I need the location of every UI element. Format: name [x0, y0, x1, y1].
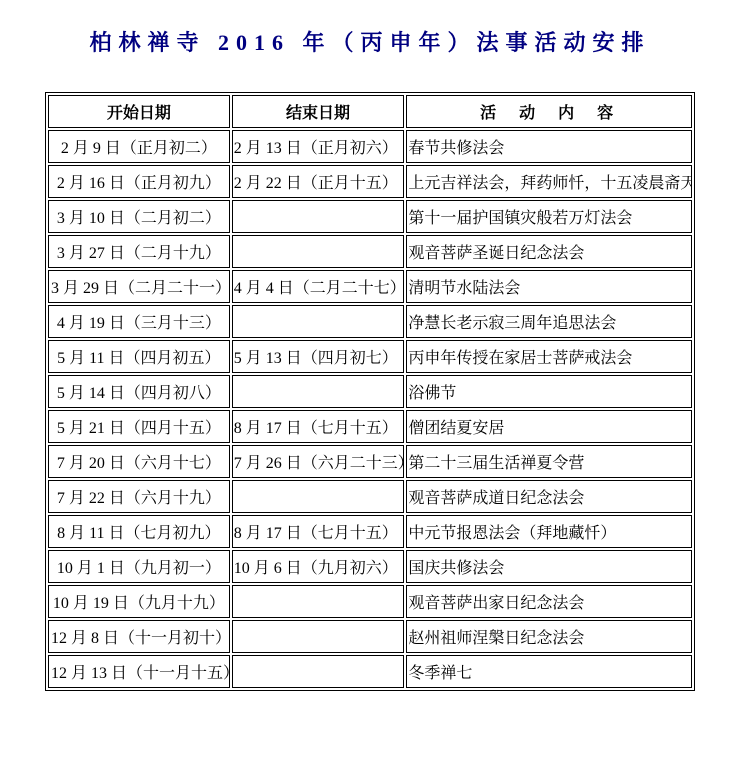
activity-cell: 观音菩萨成道日纪念法会 [406, 480, 692, 513]
table-row: 2 月 16 日（正月初九） 2 月 22 日（正月十五） 上元吉祥法会，拜药师… [48, 165, 692, 198]
start-date-cell: 10 月 19 日（九月十九） [48, 585, 230, 618]
table-row: 3 月 29 日（二月二十一） 4 月 4 日（二月二十七） 清明节水陆法会 [48, 270, 692, 303]
header-start-date: 开始日期 [48, 95, 230, 128]
activity-cell: 春节共修法会 [406, 130, 692, 163]
start-date-cell: 12 月 8 日（十一月初十） [48, 620, 230, 653]
start-date-cell: 5 月 14 日（四月初八） [48, 375, 230, 408]
header-activity: 活 动 内 容 [406, 95, 692, 128]
activity-cell: 第二十三届生活禅夏令营 [406, 445, 692, 478]
end-date-cell [232, 235, 405, 268]
start-date-cell: 12 月 13 日（十一月十五） [48, 655, 230, 688]
start-date-cell: 8 月 11 日（七月初九） [48, 515, 230, 548]
start-date-cell: 3 月 27 日（二月十九） [48, 235, 230, 268]
table-row: 5 月 11 日（四月初五） 5 月 13 日（四月初七） 丙申年传授在家居士菩… [48, 340, 692, 373]
start-date-cell: 3 月 29 日（二月二十一） [48, 270, 230, 303]
table-row: 10 月 19 日（九月十九） 观音菩萨出家日纪念法会 [48, 585, 692, 618]
end-date-cell: 2 月 13 日（正月初六） [232, 130, 405, 163]
end-date-cell: 7 月 26 日（六月二十三） [232, 445, 405, 478]
end-date-cell [232, 620, 405, 653]
table-row: 12 月 8 日（十一月初十） 赵州祖师涅槃日纪念法会 [48, 620, 692, 653]
activity-cell: 丙申年传授在家居士菩萨戒法会 [406, 340, 692, 373]
activity-cell: 观音菩萨圣诞日纪念法会 [406, 235, 692, 268]
start-date-cell: 2 月 16 日（正月初九） [48, 165, 230, 198]
table-row: 2 月 9 日（正月初二） 2 月 13 日（正月初六） 春节共修法会 [48, 130, 692, 163]
activity-cell: 清明节水陆法会 [406, 270, 692, 303]
table-row: 8 月 11 日（七月初九） 8 月 17 日（七月十五） 中元节报恩法会（拜地… [48, 515, 692, 548]
header-end-date: 结束日期 [232, 95, 405, 128]
activity-cell: 第十一届护国镇灾般若万灯法会 [406, 200, 692, 233]
schedule-table: 开始日期 结束日期 活 动 内 容 2 月 9 日（正月初二） 2 月 13 日… [45, 92, 695, 691]
start-date-cell: 5 月 21 日（四月十五） [48, 410, 230, 443]
end-date-cell [232, 305, 405, 338]
activity-cell: 净慧长老示寂三周年追思法会 [406, 305, 692, 338]
table-row: 7 月 20 日（六月十七） 7 月 26 日（六月二十三） 第二十三届生活禅夏… [48, 445, 692, 478]
end-date-cell: 4 月 4 日（二月二十七） [232, 270, 405, 303]
activity-cell: 僧团结夏安居 [406, 410, 692, 443]
activity-cell: 浴佛节 [406, 375, 692, 408]
table-row: 5 月 21 日（四月十五） 8 月 17 日（七月十五） 僧团结夏安居 [48, 410, 692, 443]
activity-cell: 中元节报恩法会（拜地藏忏） [406, 515, 692, 548]
activity-cell: 观音菩萨出家日纪念法会 [406, 585, 692, 618]
start-date-cell: 3 月 10 日（二月初二） [48, 200, 230, 233]
end-date-cell: 8 月 17 日（七月十五） [232, 515, 405, 548]
activity-cell: 上元吉祥法会，拜药师忏，十五凌晨斋天 [406, 165, 692, 198]
table-row: 10 月 1 日（九月初一） 10 月 6 日（九月初六） 国庆共修法会 [48, 550, 692, 583]
end-date-cell: 8 月 17 日（七月十五） [232, 410, 405, 443]
header-row: 开始日期 结束日期 活 动 内 容 [48, 95, 692, 128]
end-date-cell [232, 585, 405, 618]
start-date-cell: 10 月 1 日（九月初一） [48, 550, 230, 583]
end-date-cell [232, 480, 405, 513]
activity-cell: 国庆共修法会 [406, 550, 692, 583]
end-date-cell: 10 月 6 日（九月初六） [232, 550, 405, 583]
table-row: 3 月 10 日（二月初二） 第十一届护国镇灾般若万灯法会 [48, 200, 692, 233]
activity-cell: 赵州祖师涅槃日纪念法会 [406, 620, 692, 653]
table-row: 12 月 13 日（十一月十五） 冬季禅七 [48, 655, 692, 688]
start-date-cell: 7 月 22 日（六月十九） [48, 480, 230, 513]
page-title: 柏林禅寺 2016 年（丙申年）法事活动安排 [0, 28, 740, 58]
table-row: 7 月 22 日（六月十九） 观音菩萨成道日纪念法会 [48, 480, 692, 513]
table-row: 4 月 19 日（三月十三） 净慧长老示寂三周年追思法会 [48, 305, 692, 338]
end-date-cell: 2 月 22 日（正月十五） [232, 165, 405, 198]
end-date-cell: 5 月 13 日（四月初七） [232, 340, 405, 373]
start-date-cell: 2 月 9 日（正月初二） [48, 130, 230, 163]
end-date-cell [232, 655, 405, 688]
activity-cell: 冬季禅七 [406, 655, 692, 688]
start-date-cell: 4 月 19 日（三月十三） [48, 305, 230, 338]
table-row: 5 月 14 日（四月初八） 浴佛节 [48, 375, 692, 408]
end-date-cell [232, 375, 405, 408]
end-date-cell [232, 200, 405, 233]
start-date-cell: 7 月 20 日（六月十七） [48, 445, 230, 478]
page: 柏林禅寺 2016 年（丙申年）法事活动安排 开始日期 结束日期 活 动 内 容… [0, 0, 740, 761]
start-date-cell: 5 月 11 日（四月初五） [48, 340, 230, 373]
table-row: 3 月 27 日（二月十九） 观音菩萨圣诞日纪念法会 [48, 235, 692, 268]
